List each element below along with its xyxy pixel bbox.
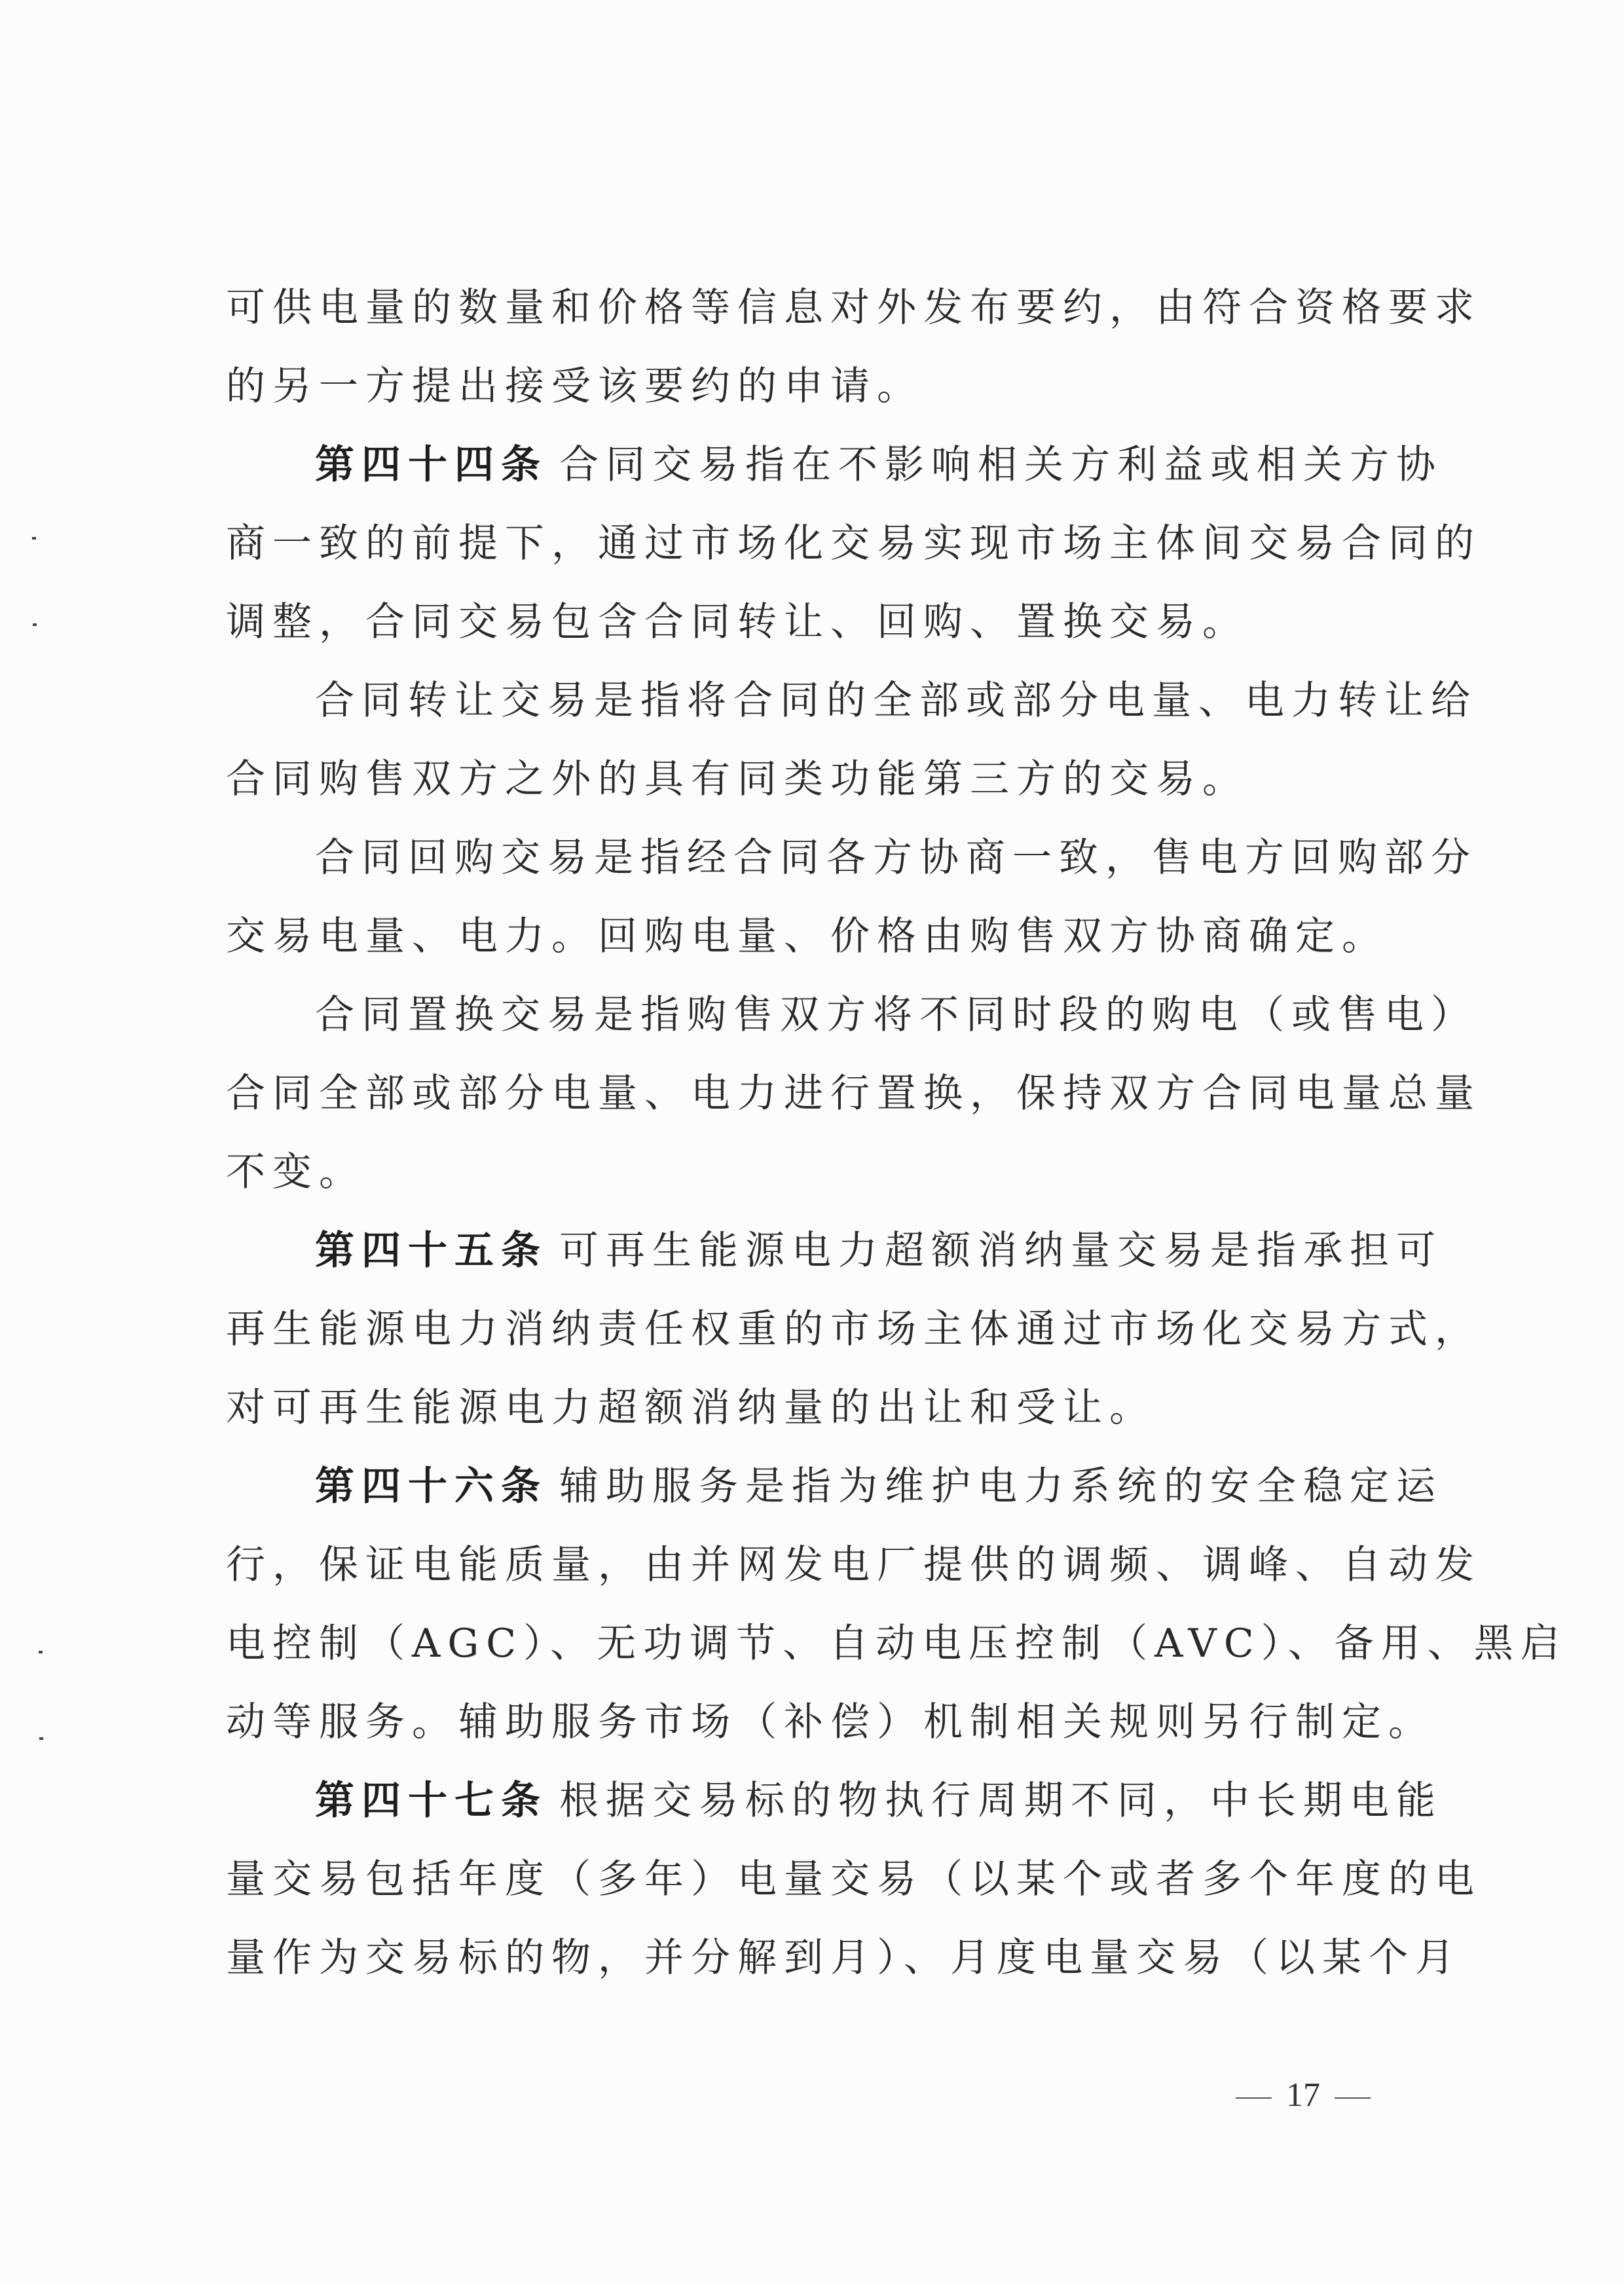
text-segment: 可再生能源电力超额消纳量交易是指承担可 [559, 1228, 1443, 1274]
text-line: 交易电量、电力。回购电量、价格由购售双方协商确定。 [226, 897, 1418, 976]
scan-speck [32, 537, 36, 540]
text-line: 行，保证电能质量，由并网发电厂提供的调频、调峰、自动发 [226, 1526, 1418, 1604]
article-46-heading-line: 第四十六条辅助服务是指为维护电力系统的安全稳定运 [226, 1447, 1418, 1526]
article-number: 第四十五条 [315, 1228, 547, 1274]
text-line: 动等服务。辅助服务市场（补偿）机制相关规则另行制定。 [226, 1683, 1418, 1761]
text-line: 可供电量的数量和价格等信息对外发布要约，由符合资格要求 [226, 268, 1418, 347]
scan-speck [39, 1651, 43, 1653]
text-line: 电控制（AGC）、无功调节、自动电压控制（AVC）、备用、黑启 [226, 1604, 1418, 1683]
text-line: 合同置换交易是指购售双方将不同时段的购电（或售电） [226, 976, 1418, 1054]
text-segment: 合同交易指在不影响相关方利益或相关方协 [559, 442, 1443, 488]
dash-right [1335, 2097, 1371, 2099]
scan-speck [33, 623, 37, 626]
text-line: 调整，合同交易包含合同转让、回购、置换交易。 [226, 583, 1418, 661]
text-line: 合同全部或部分电量、电力进行置换，保持双方合同电量总量 [226, 1054, 1418, 1133]
text-segment: 根据交易标的物执行周期不同，中长期电能 [559, 1778, 1443, 1824]
text-line: 对可再生能源电力超额消纳量的出让和受让。 [226, 1369, 1418, 1447]
article-45-heading-line: 第四十五条可再生能源电力超额消纳量交易是指承担可 [226, 1211, 1418, 1290]
article-number: 第四十四条 [315, 442, 547, 488]
text-line: 不变。 [226, 1133, 1418, 1211]
text-line: 合同回购交易是指经合同各方协商一致，售电方回购部分 [226, 819, 1418, 897]
dash-left [1236, 2097, 1272, 2099]
text-line: 的另一方提出接受该要约的申请。 [226, 347, 1418, 426]
text-line: 商一致的前提下，通过市场化交易实现市场主体间交易合同的 [226, 504, 1418, 583]
text-line: 再生能源电力消纳责任权重的市场主体通过市场化交易方式， [226, 1290, 1418, 1369]
article-number: 第四十七条 [315, 1778, 547, 1824]
article-47-heading-line: 第四十七条根据交易标的物执行周期不同，中长期电能 [226, 1761, 1418, 1840]
document-page: 可供电量的数量和价格等信息对外发布要约，由符合资格要求 的另一方提出接受该要约的… [0, 0, 1624, 2284]
text-line: 合同购售双方之外的具有同类功能第三方的交易。 [226, 740, 1418, 819]
scan-speck [39, 1737, 43, 1740]
article-number: 第四十六条 [315, 1464, 547, 1509]
article-44-heading-line: 第四十四条合同交易指在不影响相关方利益或相关方协 [226, 426, 1418, 504]
document-body: 可供电量的数量和价格等信息对外发布要约，由符合资格要求 的另一方提出接受该要约的… [226, 268, 1418, 1997]
text-segment: 辅助服务是指为维护电力系统的安全稳定运 [559, 1464, 1443, 1509]
text-line: 量作为交易标的物，并分解到月）、月度电量交易（以某个月 [226, 1919, 1418, 1997]
page-number: 17 [1218, 2069, 1388, 2122]
text-line: 量交易包括年度（多年）电量交易（以某个或者多个年度的电 [226, 1840, 1418, 1919]
text-line: 合同转让交易是指将合同的全部或部分电量、电力转让给 [226, 661, 1418, 740]
page-number-value: 17 [1286, 2076, 1320, 2114]
